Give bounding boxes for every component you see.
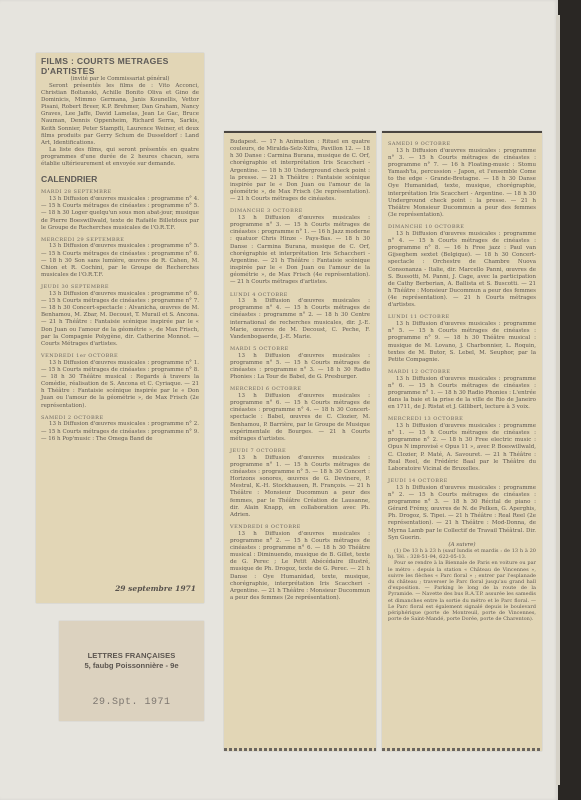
- day-programme: 13 h Diffusion d'œuvres musicales : prog…: [41, 291, 199, 348]
- day-heading: MARDI 5 OCTOBRE: [230, 346, 370, 353]
- continuation-text: Budapest. — 17 h Animation : Rituel en q…: [230, 139, 370, 203]
- stamp-publication-name: LETTRES FRANÇAISES: [59, 651, 204, 660]
- day-heading: MERCREDI 29 SEPTEMBRE: [41, 237, 199, 244]
- article-title: FILMS : COURTS METRAGES D'ARTISTES: [41, 56, 199, 76]
- stamp-address: 5, faubg Poissonnière - 9e: [59, 661, 204, 670]
- clipping-right: SAMEDI 9 OCTOBRE13 h Diffusion d'œuvres …: [382, 131, 542, 751]
- day-programme: 13 h Diffusion d'œuvres musicales : prog…: [230, 455, 370, 519]
- day-programme: 13 h Diffusion d'œuvres musicales : prog…: [230, 215, 370, 287]
- day-heading: VENDREDI 8 OCTOBRE: [230, 524, 370, 531]
- day-list: DIMANCHE 3 OCTOBRE13 h Diffusion d'œuvre…: [230, 208, 370, 602]
- day-heading: JEUDI 30 SEPTEMBRE: [41, 284, 199, 291]
- day-programme: 13 h Diffusion d'œuvres musicales : prog…: [388, 376, 536, 412]
- day-programme: 13 h Diffusion d'œuvres musicales : prog…: [388, 231, 536, 310]
- day-heading: MARDI 12 OCTOBRE: [388, 369, 536, 376]
- publication-stamp: LETTRES FRANÇAISES 5, faubg Poissonnière…: [59, 621, 204, 721]
- day-heading: MARDI 28 SEPTEMBRE: [41, 189, 199, 196]
- footnote: (1) De 13 h à 23 h (sauf lundis et mardi…: [388, 548, 536, 560]
- day-heading: SAMEDI 9 OCTOBRE: [388, 141, 536, 148]
- day-heading: LUNDI 4 OCTOBRE: [230, 292, 370, 299]
- day-programme: 13 h Diffusion d'œuvres musicales : prog…: [388, 321, 536, 364]
- day-heading: DIMANCHE 10 OCTOBRE: [388, 224, 536, 231]
- day-programme: 13 h Diffusion d'œuvres musicales : prog…: [41, 243, 199, 279]
- day-programme: 13 h Diffusion d'œuvres musicales : prog…: [388, 148, 536, 220]
- day-programme: 13 h Diffusion d'œuvres musicales : prog…: [230, 353, 370, 382]
- day-heading: JEUDI 7 OCTOBRE: [230, 448, 370, 455]
- issue-date: 29 septembre 1971: [115, 584, 196, 593]
- day-heading: JEUDI 14 OCTOBRE: [388, 478, 536, 485]
- day-programme: 13 h Diffusion d'œuvres musicales : prog…: [41, 360, 199, 410]
- day-programme: 13 h Diffusion d'œuvres musicales : prog…: [41, 196, 199, 232]
- clipping-left: FILMS : COURTS METRAGES D'ARTISTES (invi…: [36, 53, 204, 603]
- day-programme: 13 h Diffusion d'œuvres musicales : prog…: [230, 298, 370, 341]
- day-heading: SAMEDI 2 OCTOBRE: [41, 415, 199, 422]
- day-programme: 13 h Diffusion d'œuvres musicales : prog…: [230, 531, 370, 603]
- day-programme: 13 h Diffusion d'œuvres musicales : prog…: [230, 393, 370, 443]
- day-heading: DIMANCHE 3 OCTOBRE: [230, 208, 370, 215]
- day-programme: 13 h Diffusion d'œuvres musicales : prog…: [388, 423, 536, 473]
- directions-note: Pour se rendre à la Biennale de Paris en…: [388, 560, 536, 622]
- clipping-middle: Budapest. — 17 h Animation : Rituel en q…: [224, 131, 376, 751]
- sheet-edge: [556, 15, 560, 785]
- stamp-date: 29.Spt. 1971: [59, 697, 204, 708]
- article-subtitle: (invité par le Commissariat général): [41, 76, 199, 83]
- day-heading: MERCREDI 13 OCTOBRE: [388, 416, 536, 423]
- day-heading: MERCREDI 6 OCTOBRE: [230, 386, 370, 393]
- article-paragraph: La liste des films, qui seront présentés…: [41, 147, 199, 168]
- day-programme: 13 h Diffusion d'œuvres musicales : prog…: [41, 421, 199, 442]
- day-programme: 13 h Diffusion d'œuvres musicales : prog…: [388, 485, 536, 542]
- day-heading: LUNDI 11 OCTOBRE: [388, 314, 536, 321]
- article-paragraph: Seront présentés les films de : Vito Acc…: [41, 83, 199, 147]
- day-heading: VENDREDI 1er OCTOBRE: [41, 353, 199, 360]
- day-list: MARDI 28 SEPTEMBRE13 h Diffusion d'œuvre…: [41, 189, 199, 442]
- calendar-heading: CALENDRIER: [41, 174, 199, 184]
- day-list: SAMEDI 9 OCTOBRE13 h Diffusion d'œuvres …: [388, 141, 536, 542]
